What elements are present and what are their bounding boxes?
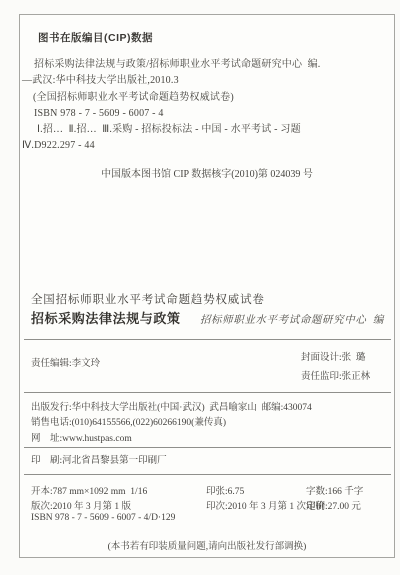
website-line: 网 址:www.hustpas.com [31,432,312,447]
divider [24,447,391,448]
printer-line: 印 刷:河北省昌黎县第一印刷厂 [31,455,167,467]
cover-designer: 封面设计:张 璐 [301,349,370,368]
page-border-frame: 图书在版编目(CIP)数据 招标采购法律法规与政策/招标师职业水平考试命题研究中… [19,14,395,558]
cip-description-block: 招标采购法律法规与政策/招标师职业水平考试命题研究中心 编. —武汉:华中科技大… [22,57,382,155]
staff-right-column: 封面设计:张 璐 责任监印:张正林 [301,349,370,386]
cip-series-line: (全国招标师职业水平考试命题趋势权威试卷) [22,90,382,106]
divider [24,474,391,475]
responsible-editor: 责任编辑:李文玲 [31,358,100,370]
publisher-line: 出版发行:华中科技大学出版社(中国·武汉) 武昌喻家山 邮编:430074 [31,401,312,416]
divider [24,392,391,393]
spec-format: 开本:787 mm×1092 mm 1/16 [31,483,147,497]
scanned-copyright-page: 图书在版编目(CIP)数据 招标采购法律法规与政策/招标师职业水平考试命题研究中… [0,0,400,575]
print-supervisor: 责任监印:张正林 [301,368,370,387]
publishing-block: 出版发行:华中科技大学出版社(中国·武汉) 武昌喻家山 邮编:430074 销售… [31,401,312,447]
spec-printed-sheets: 印张:6.75 [206,483,244,497]
sales-phone-line: 销售电话:(010)64155566,(022)60266190(兼传真) [31,416,312,431]
cip-isbn-line: ISBN 978 - 7 - 5609 - 6007 - 4 [22,106,382,122]
quality-exchange-note: (本书若有印装质量问题,请向出版社发行部调换) [20,538,394,552]
cip-class-number-line: Ⅳ.D922.297 - 44 [22,138,382,154]
divider [24,339,391,340]
series-title: 全国招标师职业水平考试命题趋势权威试卷 [31,291,265,307]
book-title: 招标采购法律法规与政策 [31,308,181,327]
spec-price: 定价:27.00 元 [306,498,361,512]
cip-heading: 图书在版编目(CIP)数据 [38,30,153,45]
cip-publisher-line: —武汉:华中科技大学出版社,2010.3 [22,73,382,89]
title-row: 招标采购法律法规与政策 招标师职业水平考试命题研究中心 编 [31,308,384,327]
editor-credit: 招标师职业水平考试命题研究中心 编 [200,312,384,327]
spec-edition: 版次:2010 年 3 月第 1 版 [31,498,131,512]
spec-word-count: 字数:166 千字 [306,483,363,497]
spec-isbn: ISBN 978 - 7 - 5609 - 6007 - 4/D·129 [31,513,175,523]
cip-classification-line: Ⅰ.招… Ⅱ.招… Ⅲ.采购 - 招标投标法 - 中国 - 水平考试 - 习题 [22,122,382,138]
cip-record-number: 中国版本图书馆 CIP 数据核字(2010)第 024039 号 [20,165,394,180]
cip-title-statement-line: 招标采购法律法规与政策/招标师职业水平考试命题研究中心 编. [22,57,382,73]
